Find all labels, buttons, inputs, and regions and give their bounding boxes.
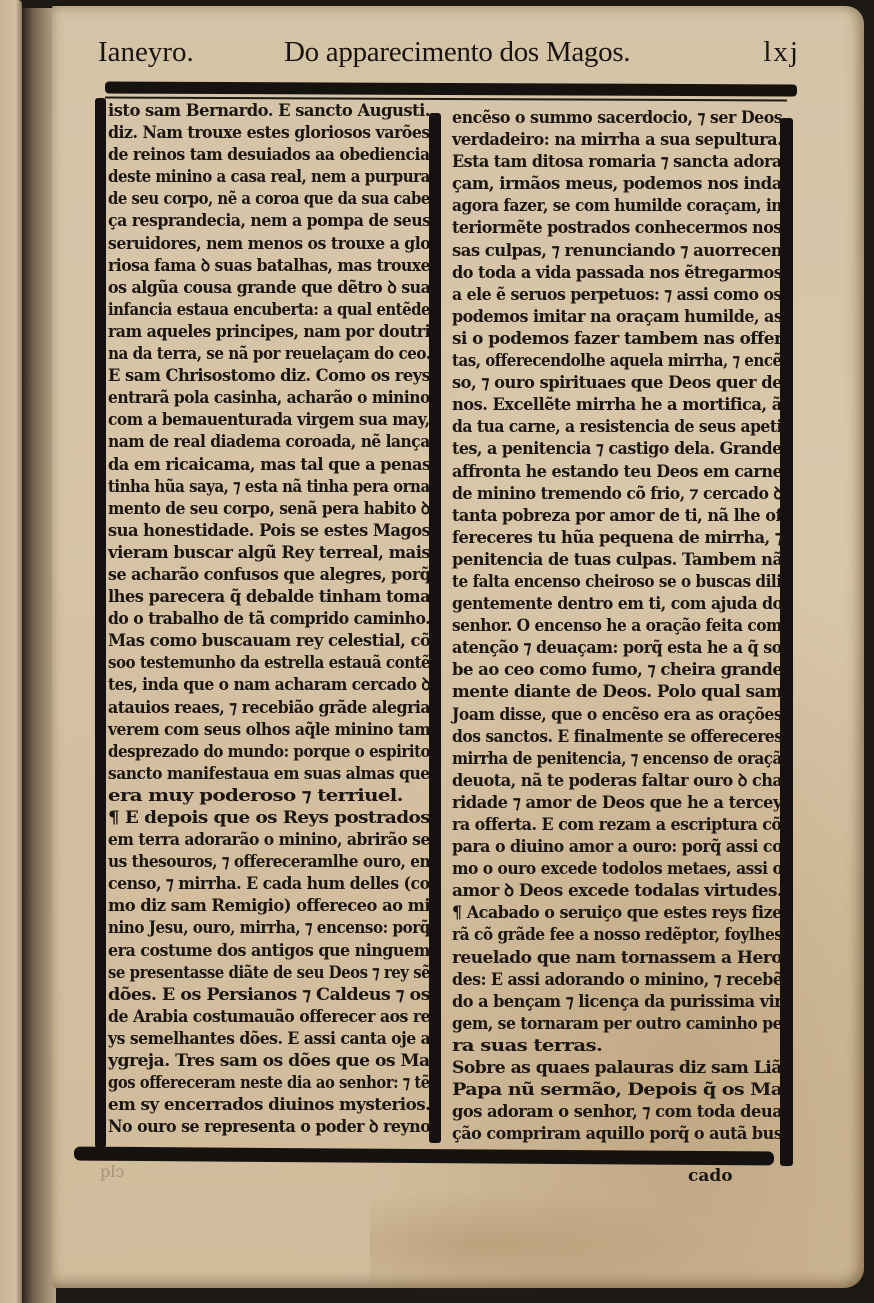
text-line: da tua carne, a resistencia de seus apet… [452,416,750,438]
text-line: ridade ⁊ amor de Deos que he a tercey [452,792,766,814]
text-line: do o trabalho de tã comprido caminho. [108,608,401,630]
text-line: de Arabia costumauão offerecer aos re [108,1006,403,1028]
text-line: os algũa cousa grande que dẽtro ꝺ sua [108,277,405,299]
text-line: isto sam Bernardo. E sancto Augusti. [108,100,415,122]
text-line: ra offerta. E com rezam a escriptura cõ [452,814,757,836]
water-stain [370,1190,720,1300]
text-line: deuota, nã te poderas faltar ouro ꝺ cha [452,770,761,792]
left-column-rule [95,98,106,1148]
text-line: diz. Nam trouxe estes gloriosos varões [108,122,404,144]
text-line: No ouro se representa o poder ꝺ reyno [108,1116,405,1138]
text-line: a ele ẽ seruos perpetuos: ⁊ assi como os [452,284,754,306]
text-line: ¶ Acabado o seruiço que estes reys fize [452,902,760,924]
text-line: penitencia de tuas culpas. Tambem nã [452,549,764,571]
text-line: verem com seus olhos aq̃le minino tam [108,719,400,741]
text-line: entrarã pola casinha, acharão o minino [108,387,397,409]
text-line: Mas como buscauam rey celestial, cõ [108,630,415,652]
text-line: ça resprandecia, nem a pompa de seus [108,210,403,232]
text-line: ygreja. Tres sam os dões que os Ma [108,1050,431,1072]
text-line: na da terra, se nã por reuelaçam do ceo. [108,343,391,365]
text-line: gos offereceram neste dia ao senhor: ⁊ t… [108,1072,385,1094]
text-line: ção compriram aquillo porq̃ o autã bus [452,1123,760,1145]
text-line: verdadeiro: na mirrha a sua sepultura. [452,129,762,151]
text-line: amor ꝺ Deos excede todalas virtudes. [452,880,775,902]
text-line: gos adoram o senhor, ⁊ com toda deua [452,1101,765,1123]
text-line: em terra adorarão o minino, abrirão se [108,829,400,851]
text-line: deste minino a casa real, nem a purpura [108,166,390,188]
text-line: sancto manifestaua em suas almas que [108,763,398,785]
text-line: fereceres tu hũa pequena de mirrha, ⁊ [452,527,766,549]
running-head: Ianeyro. Do apparecimento dos Magos. lxj [98,36,798,76]
text-line: atauios reaes, ⁊ recebião grãde alegria [108,697,404,719]
right-text-column: encẽso o summo sacerdocio, ⁊ ser Deosver… [452,107,782,1145]
text-line: censo, ⁊ mirrha. E cada hum delles (co [108,873,403,895]
text-line: si o podemos fazer tambem nas offer [452,328,776,350]
text-line: Sobre as quaes palauras diz sam Liã [452,1057,782,1079]
text-line: do a bençam ⁊ licença da purissima vir [452,991,762,1013]
text-line: mente diante de Deos. Polo qual sam [452,681,775,703]
text-line: nino Jesu, ouro, mirrha, ⁊ encenso: porq… [108,917,392,939]
text-line: Papa nũ sermão, Depois q̃ os Ma [452,1079,820,1101]
text-line: infancia estaua encuberta: a qual entẽde [108,299,387,321]
text-line: era muy poderoso ⁊ terriuel. [108,785,478,807]
text-line: de seu corpo, nẽ a coroa que da sua cabe [108,188,386,210]
text-line: com a bemauenturada virgem sua may, [108,409,397,431]
text-line: mento de seu corpo, senã pera habito ꝺ [108,498,397,520]
text-line: da em ricaicama, mas tal que a penas [108,454,411,476]
show-through-text: clq [100,1162,124,1181]
text-line: çam, irmãos meus, podemos nos inda [452,173,770,195]
text-line: be ao ceo como fumo, ⁊ cheira grande [452,659,768,681]
text-line: seruidores, nem menos os trouxe a glo [108,233,403,255]
text-line: sua honestidade. Pois se estes Magos [108,520,413,542]
text-line: agora fazer, se com humilde coraçam, in [452,195,747,217]
text-line: so, ⁊ ouro spirituaes que Deos quer de [452,372,766,394]
catchword: cado [688,1166,733,1186]
text-line: gentemente dentro em ti, com ajuda do [452,593,755,615]
text-line: encẽso o summo sacerdocio, ⁊ ser Deos [452,107,757,129]
text-line: podemos imitar na oraçam humilde, as [452,306,758,328]
text-line: mirrha de penitencia, ⁊ encenso de oraçã [452,748,743,770]
text-line: nam de real diadema coroada, nẽ lança [108,431,397,453]
text-line: des: E assi adorando o minino, ⁊ recebẽ [452,969,756,991]
text-line: tanta pobreza por amor de ti, nã lhe of [452,505,762,527]
text-line: ra suas terras. [452,1035,832,1057]
book-gutter [22,8,56,1303]
text-line: E sam Chrisostomo diz. Como os reys [108,365,413,387]
text-line: senhor. O encenso he a oração feita com [452,615,748,637]
folio-number: lxj [763,36,800,69]
text-line: era costume dos antigos que ninguem [108,940,406,962]
text-line: tinha hũa saya, ⁊ esta nã tinha pera orn… [108,476,388,498]
text-line: lhes parecera q̃ debalde tinham toma [108,586,413,608]
text-line: para o diuino amor a ouro: porq̃ assi co [452,836,756,858]
text-line: affronta he estando teu Deos em carne [452,461,760,483]
left-text-column: isto sam Bernardo. E sancto Augusti.diz.… [108,100,430,1138]
text-line: rã cõ grãde fee a nosso redẽptor, foylhe… [452,924,748,946]
running-head-title: Do apparecimento dos Magos. [284,36,630,69]
text-line: desprezado do mundo: porque o espirito [108,741,390,763]
facing-page-edge [0,0,22,1303]
text-line: teriormẽte postrados conhecermos nos [452,217,757,239]
text-line: ram aqueles principes, nam por doutri [108,321,403,343]
text-line: ys semelhantes dões. E assi canta oje a [108,1028,401,1050]
text-line: riosa fama ꝺ suas batalhas, mas trouxe [108,255,402,277]
text-line: de minino tremendo cõ frio, ⁊ cercado ꝺ [452,483,753,505]
text-line: soo testemunho da estrella estauã contẽ [108,652,390,674]
text-line: ¶ E depois que os Reys postrados [108,807,453,829]
text-line: se presentasse diãte de seu Deos ⁊ rey s… [108,962,387,984]
text-line: mo o ouro excede todolos metaes, assi o [452,858,750,880]
text-line: do toda a vida passada nos ẽtregarmos [452,262,761,284]
text-line: em sy encerrados diuinos mysterios. [108,1094,421,1116]
text-line: de reinos tam desuiados aa obediencia [108,144,402,166]
text-line: nos. Excellẽte mirrha he a mortifica, ã [452,394,764,416]
text-line: mo diz sam Remigio) offereceo ao mi [108,895,414,917]
running-head-month: Ianeyro. [98,36,194,69]
text-line: tes, a penitencia ⁊ castigo dela. Grande [452,438,758,460]
text-line: te falta encenso cheiroso se o buscas di… [452,571,745,593]
text-line: Joam disse, que o encẽso era as orações [452,704,752,726]
text-line: gem, se tornaram per outro caminho pe [452,1013,751,1035]
text-line: us thesouros, ⁊ offereceramlhe ouro, en [108,851,395,873]
text-line: Esta tam ditosa romaria ⁊ sancta adora [452,151,758,173]
text-line: sas culpas, ⁊ renunciando ⁊ auorrecen [452,240,768,262]
text-line: vieram buscar algũ Rey terreal, mais [108,542,417,564]
text-line: dos sanctos. E finalmente se offereceres [452,726,750,748]
text-line: se acharão confusos que alegres, porq̃ [108,564,406,586]
text-line: tas, offerecendolhe aquela mirrha, ⁊ enc… [452,350,741,372]
text-line: atenção ⁊ deuaçam: porq̃ esta he a q̃ so [452,637,758,659]
text-line: reuelado que nam tornassem a Hero [452,947,779,969]
text-line: dões. E os Persianos ⁊ Caldeus ⁊ os [108,984,437,1006]
text-line: tes, inda que o nam acharam cercado ꝺ [108,674,399,696]
